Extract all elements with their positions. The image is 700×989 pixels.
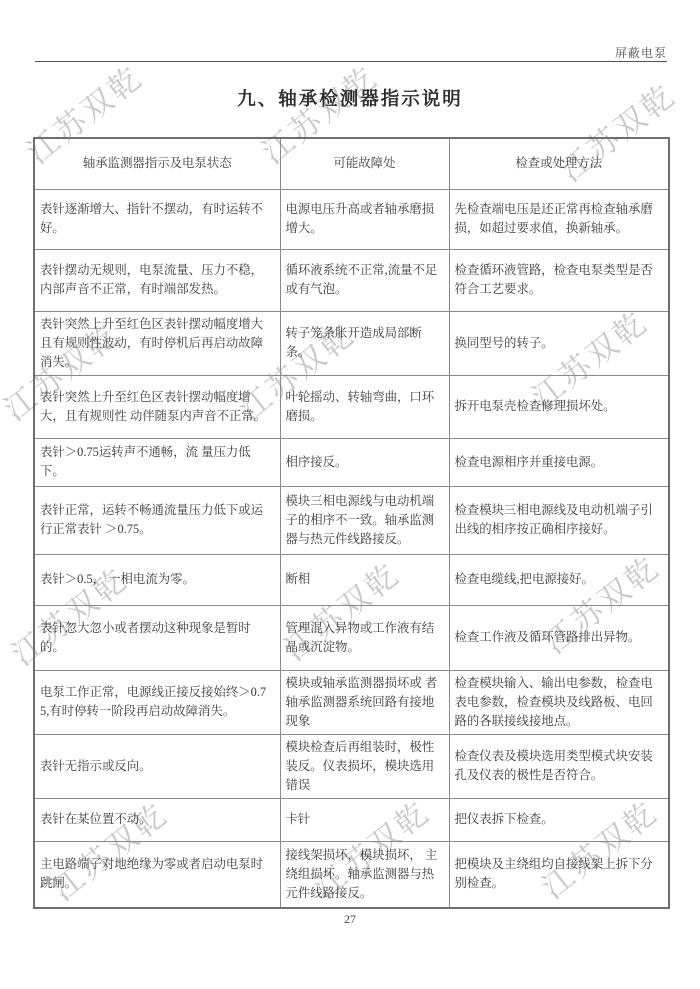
table-cell: 表针突然上升至红色区表针摆动幅度增大，且有规则性 动伴随泵内声音不正常。 [34, 375, 280, 438]
table-cell: 检查电源相序并重接电源。 [449, 438, 669, 486]
table-cell: 管理混入异物或工作液有结晶或沉淀物。 [280, 605, 449, 670]
table-row: 表针＞0.75运转声不通畅，流 量压力低下。相序接反。检查电源相序并重接电源。 [34, 438, 669, 486]
table-cell: 拆开电泵壳检查修理损坏处。 [449, 375, 669, 438]
table-row: 表针＞0.5， 一相电流为零。断相检查电缆线,把电源接好。 [34, 554, 669, 605]
table-cell: 模块或轴承监测器损坏或 者轴承监测器系统回路有接地现象 [280, 670, 449, 734]
table-cell: 检查工作液及循环管路排出异物。 [449, 605, 669, 670]
page-content: 屏蔽电泵 九、轴承检测器指示说明 轴承监测器指示及电泵状态 可能故障处 检查或处… [0, 0, 700, 989]
table-cell: 接线架损坏，模块损坏， 主绕组损坏。轴承监测器与热元件线路接反。 [280, 841, 449, 908]
table-cell: 把模块及主绕组均自接线架上拆下分别检查。 [449, 841, 669, 908]
table-row: 表针突然上升至红色区表针摆动幅度增大且有规则性波动，有时停机后再启动故障消失。转… [34, 311, 669, 375]
page-title: 九、轴承检测器指示说明 [0, 85, 700, 111]
header-rule [35, 61, 667, 62]
table-cell: 表针正常，运转不畅通流量压力低下或运行正常表针 ＞0.75。 [34, 486, 280, 554]
table-cell: 叶轮摇动、转轴弯曲，口环磨损。 [280, 375, 449, 438]
table-row: 表针突然上升至红色区表针摆动幅度增大，且有规则性 动伴随泵内声音不正常。叶轮摇动… [34, 375, 669, 438]
table-cell: 主电路端子对地绝缘为零或者启动电泵时跳闸。 [34, 841, 280, 908]
col-header-fault: 可能故障处 [280, 138, 449, 189]
table-cell: 模块三相电源线与电动机端子的相序不一致。轴承监测器与热元件线路接反。 [280, 486, 449, 554]
table-cell: 表针突然上升至红色区表针摆动幅度增大且有规则性波动，有时停机后再启动故障消失。 [34, 311, 280, 375]
table-cell: 检查电缆线,把电源接好。 [449, 554, 669, 605]
table-cell: 检查循环液管路，检查电泵类型是否符合工艺要求。 [449, 249, 669, 311]
table-cell: 表针摆动无规则，电泵流量、压力不稳，内部声音不正常，有时端部发热。 [34, 249, 280, 311]
table-row: 表针摆动无规则，电泵流量、压力不稳，内部声音不正常，有时端部发热。循环液系统不正… [34, 249, 669, 311]
table-cell: 检查仪表及模块选用类型模式块安装孔及仪表的极性是否符合。 [449, 734, 669, 798]
table-body: 表针逐渐增大、指针不摆动，有时运转不好。电源电压升高或者轴承磨损增大。先检查端电… [34, 189, 669, 908]
table-cell: 表针逐渐增大、指针不摆动，有时运转不好。 [34, 189, 280, 249]
table-cell: 检查模块输入、输出电参数，检查电表电参数，检查模块及线路板、电回路的各联接线接地… [449, 670, 669, 734]
col-header-remedy: 检查或处理方法 [449, 138, 669, 189]
document-page: 江苏双乾江苏双乾江苏双乾江苏双乾江苏双乾江苏双乾江苏双乾江苏双乾江苏双乾江苏双乾… [0, 0, 700, 989]
table-row: 表针无指示或反向。模块检查后再组装时，极性装反。仪表损坏，模块选用错误检查仪表及… [34, 734, 669, 798]
table-cell: 卡针 [280, 798, 449, 841]
table-cell: 相序接反。 [280, 438, 449, 486]
table-row: 表针逐渐增大、指针不摆动，有时运转不好。电源电压升高或者轴承磨损增大。先检查端电… [34, 189, 669, 249]
table-cell: 电泵工作正常，电源线正接反接始终＞0.75,有时停转一阶段再启动故障消失。 [34, 670, 280, 734]
page-header: 屏蔽电泵 [615, 44, 667, 61]
table-row: 表针正常，运转不畅通流量压力低下或运行正常表针 ＞0.75。模块三相电源线与电动… [34, 486, 669, 554]
table-cell: 电源电压升高或者轴承磨损增大。 [280, 189, 449, 249]
table-cell: 把仪表拆下检查。 [449, 798, 669, 841]
col-header-indication: 轴承监测器指示及电泵状态 [34, 138, 280, 189]
table-cell: 模块检查后再组装时，极性装反。仪表损坏，模块选用错误 [280, 734, 449, 798]
table-cell: 检查模块三相电源线及电动机端子引出线的相序按正确相序接好。 [449, 486, 669, 554]
table-cell: 循环液系统不正常,流量不足或有气泡。 [280, 249, 449, 311]
table-cell: 表针无指示或反向。 [34, 734, 280, 798]
table-cell: 换同型号的转子。 [449, 311, 669, 375]
table-cell: 表针＞0.5， 一相电流为零。 [34, 554, 280, 605]
table-header-row: 轴承监测器指示及电泵状态 可能故障处 检查或处理方法 [34, 138, 669, 189]
table-cell: 表针忽大忽小或者摆动这种现象是暂时的。 [34, 605, 280, 670]
table-row: 表针忽大忽小或者摆动这种现象是暂时的。管理混入异物或工作液有结晶或沉淀物。检查工… [34, 605, 669, 670]
table-row: 表针在某位置不动。卡针把仪表拆下检查。 [34, 798, 669, 841]
table-row: 电泵工作正常，电源线正接反接始终＞0.75,有时停转一阶段再启动故障消失。模块或… [34, 670, 669, 734]
page-number: 27 [0, 912, 700, 927]
table-cell: 先检查端电压是还正常再检查轴承磨损，如超过要求值，换新轴承。 [449, 189, 669, 249]
table-row: 主电路端子对地绝缘为零或者启动电泵时跳闸。接线架损坏，模块损坏， 主绕组损坏。轴… [34, 841, 669, 908]
table-cell: 表针在某位置不动。 [34, 798, 280, 841]
bearing-detector-table: 轴承监测器指示及电泵状态 可能故障处 检查或处理方法 表针逐渐增大、指针不摆动，… [33, 137, 670, 909]
table-cell: 断相 [280, 554, 449, 605]
table-cell: 表针＞0.75运转声不通畅，流 量压力低下。 [34, 438, 280, 486]
table-cell: 转子笼条胀开造成局部断条。 [280, 311, 449, 375]
header-doc-label: 屏蔽电泵 [615, 46, 667, 60]
